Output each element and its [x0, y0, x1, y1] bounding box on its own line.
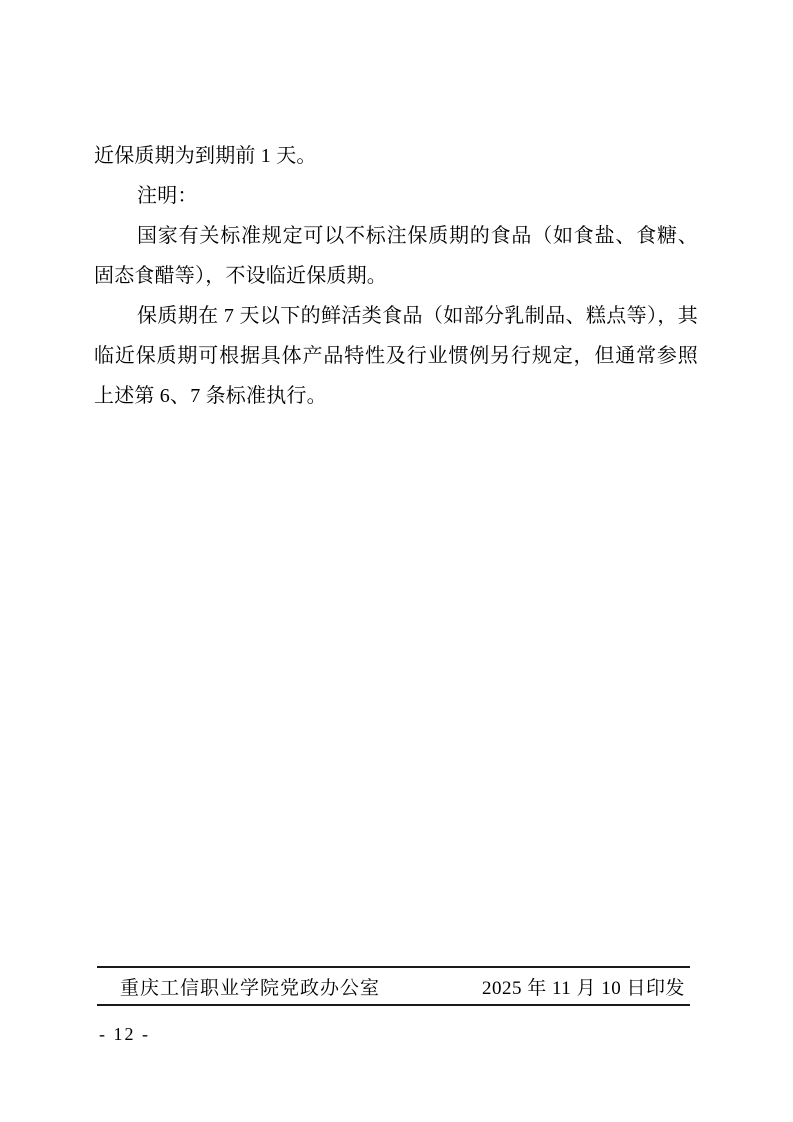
paragraph-note-1: 国家有关标准规定可以不标注保质期的食品（如食盐、食糖、固态食醋等），不设临近保质…	[94, 216, 698, 296]
footer-issuing-office: 重庆工信职业学院党政办公室	[120, 973, 380, 1000]
footer-print-date: 2025 年 11 月 10 日印发	[482, 973, 685, 1000]
document-page: 近保质期为到期前 1 天。 注明： 国家有关标准规定可以不标注保质期的食品（如食…	[0, 0, 793, 1122]
document-body: 近保质期为到期前 1 天。 注明： 国家有关标准规定可以不标注保质期的食品（如食…	[94, 136, 698, 416]
footer-rule-bottom	[97, 1004, 690, 1006]
paragraph-note-2: 保质期在 7 天以下的鲜活类食品（如部分乳制品、糕点等），其临近保质期可根据具体…	[94, 296, 698, 416]
page-number: - 12 -	[99, 1024, 150, 1045]
paragraph-note-label: 注明：	[94, 176, 698, 216]
document-footer: 重庆工信职业学院党政办公室 2025 年 11 月 10 日印发	[97, 968, 690, 1004]
paragraph-continuation: 近保质期为到期前 1 天。	[94, 136, 698, 176]
